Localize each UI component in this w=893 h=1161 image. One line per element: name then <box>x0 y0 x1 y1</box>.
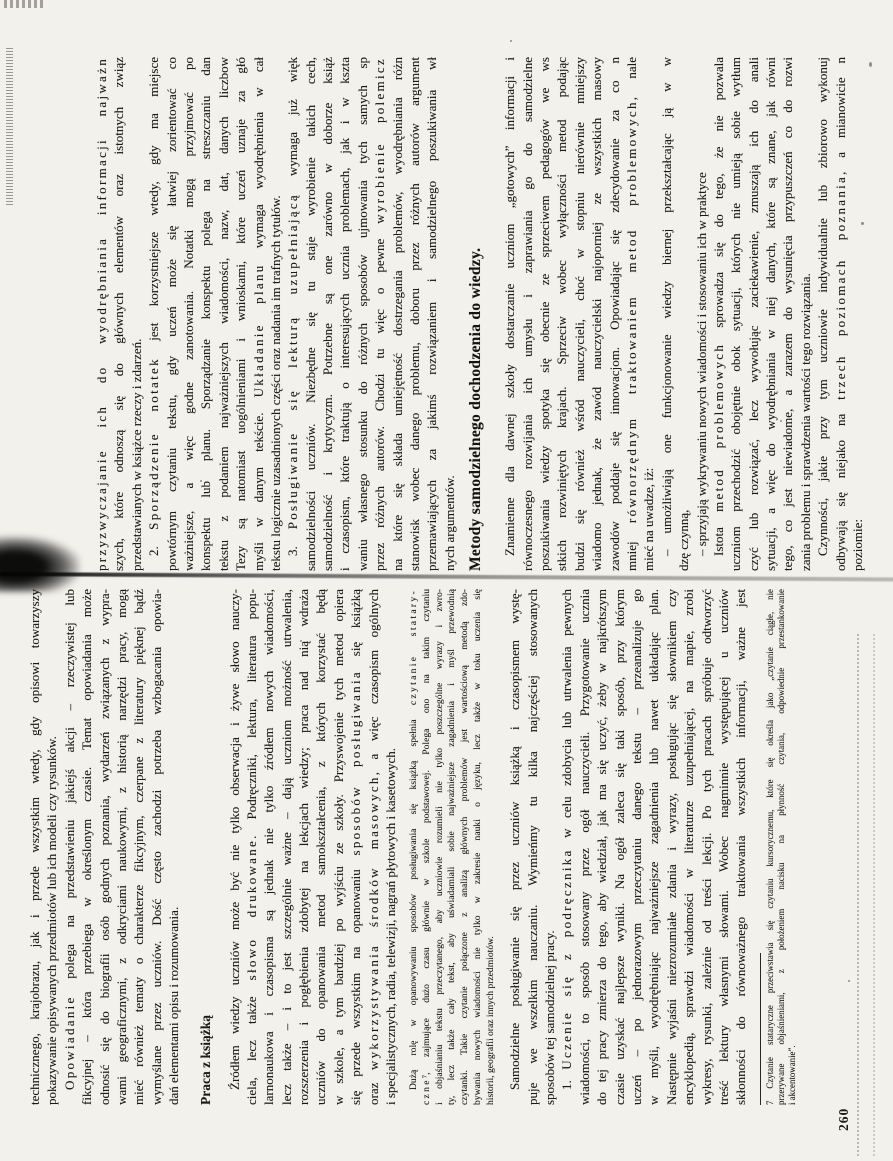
text-line: bywania nowych wiadomości nie tylko w za… <box>472 589 485 1105</box>
text-line: 2. Sporządzenie notatek jest korzystniej… <box>145 57 162 571</box>
text-line: uczeń – po jednorazowym przeczytaniu dan… <box>628 589 645 1105</box>
paragraph-block: technicznego, krajobrazu, jak i przede w… <box>26 589 183 1105</box>
text-line: technicznego, krajobrazu, jak i przede w… <box>26 589 43 1105</box>
text-line: ty, lecz także cały tekst, aby uświadami… <box>446 589 459 1105</box>
text-line: poszukiwania wiedzy spotyka się obecnie … <box>536 57 553 571</box>
ink-speck <box>510 40 512 42</box>
text-line: – sprzyjają wykrywaniu nowych wiadomości… <box>693 57 710 571</box>
text-line: budzi się również wśród nauczycieli, cho… <box>571 57 588 571</box>
text-line: pokazywanie opisywanych przedmiotów lub … <box>43 589 60 1105</box>
text-line: czytanki. Takie czytanie połączone z ana… <box>459 589 472 1105</box>
text-line: fikcyjnej – która przebiega w określonym… <box>78 589 95 1105</box>
paragraph-block: Samodzielne posługiwanie się przez uczni… <box>506 589 749 1105</box>
text-line: stanowisk wobec danego problemu, doboru … <box>406 57 423 571</box>
emphasized-spaced-text: przyzwyczajanie ich do wyodrębniania inf… <box>94 57 109 571</box>
text-line: przemawiających za jakimś rozwiązaniem i… <box>423 57 440 571</box>
ink-speck <box>200 480 202 482</box>
text-line: zania problemu i sprawdzenia wartości te… <box>797 57 814 571</box>
emphasized-spaced-text: wyrobienie polemicz <box>372 57 387 224</box>
text-line: w szkole, a tym bardziej po wyjściu ze s… <box>330 589 347 1105</box>
page-260-text: technicznego, krajobrazu, jak i przede w… <box>26 589 799 1105</box>
text-line: puje we wszelkim nauczaniu. Wymieńmy tu … <box>524 589 541 1105</box>
text-line: sposobów tej samodzielnej pracy. <box>541 589 558 1105</box>
text-line: wykresy, rysunki, zależnie od treści lek… <box>698 589 715 1105</box>
footnote-rule <box>760 953 761 1105</box>
text-line: Znamienne dla dawnej szkoły dostarczanie… <box>501 57 518 571</box>
text-line: dzę czynną, <box>675 57 692 571</box>
emphasized-spaced-text: Uczenie się z podręcznika <box>559 848 574 1069</box>
text-line: konspektu lub planu. Sporządzanie konspe… <box>197 57 214 571</box>
text-line: czasie uzyskać najlepsze wyniki. Na ogół… <box>611 589 628 1105</box>
text-line: wiadomości, to sposób stosowany przez og… <box>576 589 593 1105</box>
subsection-heading: Praca z książką <box>198 589 214 1105</box>
ink-speck <box>861 222 864 225</box>
text-line: samodzielności uczniów. Niezbędne się tu… <box>302 57 319 571</box>
text-line: Następnie wyjaśni niezrozumiałe zdania i… <box>663 589 680 1105</box>
text-line: powtórnym czytaniu tekstu, gdy uczeń moż… <box>163 57 180 571</box>
text-line: dań elementami opisu i rozumowania. <box>165 589 182 1105</box>
scan-noise-dots <box>857 634 859 1156</box>
text-line: lecz także – i to jest szczególnie ważne… <box>278 589 295 1105</box>
text-line: tekstu logicznie uzasadnionych części or… <box>267 57 284 571</box>
text-line: odbywają się niejako na trzech poziomach… <box>832 57 849 571</box>
text-line: przerywane objaśnieniami, z położeniem n… <box>776 589 787 1105</box>
ink-speck <box>620 1000 622 1003</box>
text-line: myśli w danym tekście. Układanie planu w… <box>250 57 267 571</box>
emphasized-spaced-text: czne <box>421 1078 432 1105</box>
text-line: Samodzielne posługiwanie się przez uczni… <box>506 589 523 1105</box>
text-line: Tezy są natomiast uogólnieniami i wniosk… <box>232 57 249 571</box>
text-line: 1. Uczenie się z podręcznika w celu zdob… <box>558 589 575 1105</box>
text-line: tego, co jest niewiadome, a zarazem do w… <box>779 57 796 571</box>
emphasized-spaced-text: słowo drukowane <box>244 839 259 980</box>
text-line: zawodów poddaje się innowacjom. Opowiada… <box>606 57 623 571</box>
edge-bleed-artifact <box>6 48 13 206</box>
text-line: do tej pracy zmierza do tego, aby wiedzi… <box>593 589 610 1105</box>
text-line: waniu własnego stosunku do różnych sposo… <box>354 57 371 571</box>
footnote-block: 7 Czytanie stataryczne przeciwstawia się… <box>765 589 799 1105</box>
text-line: i czasopism, które traktują o interesują… <box>336 57 353 571</box>
ink-speck <box>300 640 302 642</box>
text-line: 7 Czytanie stataryczne przeciwstawia się… <box>765 589 776 1105</box>
page-number: 260 <box>836 1108 852 1131</box>
text-line: ciela, lecz także słowo drukowane. Podrę… <box>243 589 260 1105</box>
text-line: przyzwyczajanie ich do wyodrębniania inf… <box>93 57 110 571</box>
text-line: uczniów do opanowania metod samokształce… <box>312 589 329 1105</box>
text-line: Dużą rolę w opanowywaniu sposobów posług… <box>408 589 421 1105</box>
ink-speck <box>430 210 432 212</box>
section-heading: Metody samodzielnego dochodzenia do wied… <box>467 57 485 571</box>
text-line: się przede wszystkim na opanowaniu sposo… <box>347 589 364 1105</box>
emphasized-spaced-text: Posługiwanie się lekturą uzupełniającą <box>285 193 300 529</box>
emphasized-spaced-text: metod problemowych <box>711 343 726 512</box>
text-line: samodzielność i krytycyzm. Potrzebne są … <box>319 57 336 571</box>
emphasized-spaced-text: wykorzystywania środków masowych <box>366 775 381 1070</box>
text-line: wami geograficznymi, z odkryciami naukow… <box>113 589 130 1105</box>
text-line: na które się składa umiejętność dostrzeg… <box>389 57 406 571</box>
text-line: 3. Posługiwanie się lekturą uzupełniając… <box>284 57 301 571</box>
paragraph-block: przyzwyczajanie ich do wyodrębniania inf… <box>93 57 458 571</box>
text-line: przedstawianych w książce rzeczy i zdarz… <box>128 57 145 571</box>
emphasized-spaced-text: Układanie planu <box>251 263 266 397</box>
text-line: i specjalistycznych, radia, telewizji, n… <box>382 589 399 1105</box>
text-line: oraz wykorzystywania środków masowych, a… <box>365 589 382 1105</box>
emphasized-spaced-text: Opowiadanie <box>62 995 77 1090</box>
emphasized-spaced-text: sposobów posługiwania <box>348 670 363 855</box>
text-line: mieć również tematy o charakterze fikcyj… <box>130 589 147 1105</box>
text-line: odnosić się do biografii osób godnych po… <box>96 589 113 1105</box>
text-line: i objaśnianiu tekstu przeczytanego, aby … <box>434 589 447 1105</box>
text-line: Istota metod problemowych sprowadza się … <box>710 57 727 571</box>
text-line: larnonaukowa i czasopisma są jednak nie … <box>260 589 277 1105</box>
text-line: stkich rozwiniętych krajach. Sprzeciw wo… <box>553 57 570 571</box>
ink-speck <box>120 700 122 702</box>
text-line: przez różnych autorów. Chodzi tu więc o … <box>371 57 388 571</box>
small-print-block: Dużą rolę w opanowywaniu sposobów posług… <box>408 589 497 1105</box>
text-line: encyklopedią, sprawdzi wiadomości w lite… <box>680 589 697 1105</box>
text-line: Czynności, jakie przy tym uczniowie indy… <box>814 57 831 571</box>
emphasized-spaced-text: czytanie statary- <box>408 589 419 705</box>
text-line: i akcentowanie”. <box>787 589 798 1105</box>
page-261-text: przyzwyczajanie ich do wyodrębniania inf… <box>93 57 866 571</box>
scan-noise-dots <box>873 634 875 1156</box>
text-line: Opowiadanie polega na przedstawieniu jak… <box>61 589 78 1105</box>
emphasized-spaced-text: Sporządzenie notatek <box>146 357 161 530</box>
ink-speck <box>780 420 782 422</box>
text-line: wiadomo jednak, że zawód nauczycielski n… <box>588 57 605 571</box>
text-line: ważniejsze, a więc godne zanotowania. No… <box>180 57 197 571</box>
text-line: rozszerzenia i pogłębienia zdobytej na l… <box>295 589 312 1105</box>
text-line: w myśli, wyodrębniając najważniejsze zag… <box>645 589 662 1105</box>
text-line: skłonności do równoważnego traktowania w… <box>732 589 749 1105</box>
text-line: uczniom przechodzić obojętnie obok sytua… <box>727 57 744 571</box>
text-line: Źródłem wiedzy uczniów może być nie tylk… <box>226 589 243 1105</box>
corner-scan-marks <box>4 0 46 8</box>
paragraph-block: Źródłem wiedzy uczniów może być nie tylk… <box>226 589 400 1105</box>
text-line: czne⁷, zajmujące dużo czasu głównie w sz… <box>421 589 434 1105</box>
text-line: – umożliwiają one funkcjonowanie wiedzy … <box>658 57 675 571</box>
ink-speck <box>848 980 850 982</box>
ink-speck <box>869 62 872 67</box>
text-line: poziomie: <box>849 57 866 571</box>
text-line: historii, geografii oraz innych przedmio… <box>485 589 498 1105</box>
text-line: nych argumentów. <box>441 57 458 571</box>
gutter-shadow-blob <box>0 536 80 592</box>
text-line: treść lektury własnymi słowami. Wobec na… <box>715 589 732 1105</box>
text-line: czyć lub rozwiązać, lecz wywołując zacie… <box>745 57 762 571</box>
text-line: szych, które odnoszą się do głównych ele… <box>110 57 127 571</box>
scanned-book-page: technicznego, krajobrazu, jak i przede w… <box>0 0 893 1161</box>
text-line: sytuacji, a więc do wyodrębniania w niej… <box>762 57 779 571</box>
emphasized-spaced-text: równorzędnym traktowaniem metod problemo… <box>624 100 639 523</box>
paragraph-block: Znamienne dla dawnej szkoły dostarczanie… <box>501 57 866 571</box>
text-line: tekstu z podaniem najważniejszych wiadom… <box>215 57 232 571</box>
text-line: mieć na uwadze, iż: <box>640 57 657 571</box>
text-line: mniej równorzędnym traktowaniem metod pr… <box>623 57 640 571</box>
text-line: równoczesnego rozwijania ich umysłu i za… <box>519 57 536 571</box>
text-line: wymyślane przez uczniów. Dość często zac… <box>148 589 165 1105</box>
emphasized-spaced-text: trzech poziomach poznania <box>833 175 848 400</box>
